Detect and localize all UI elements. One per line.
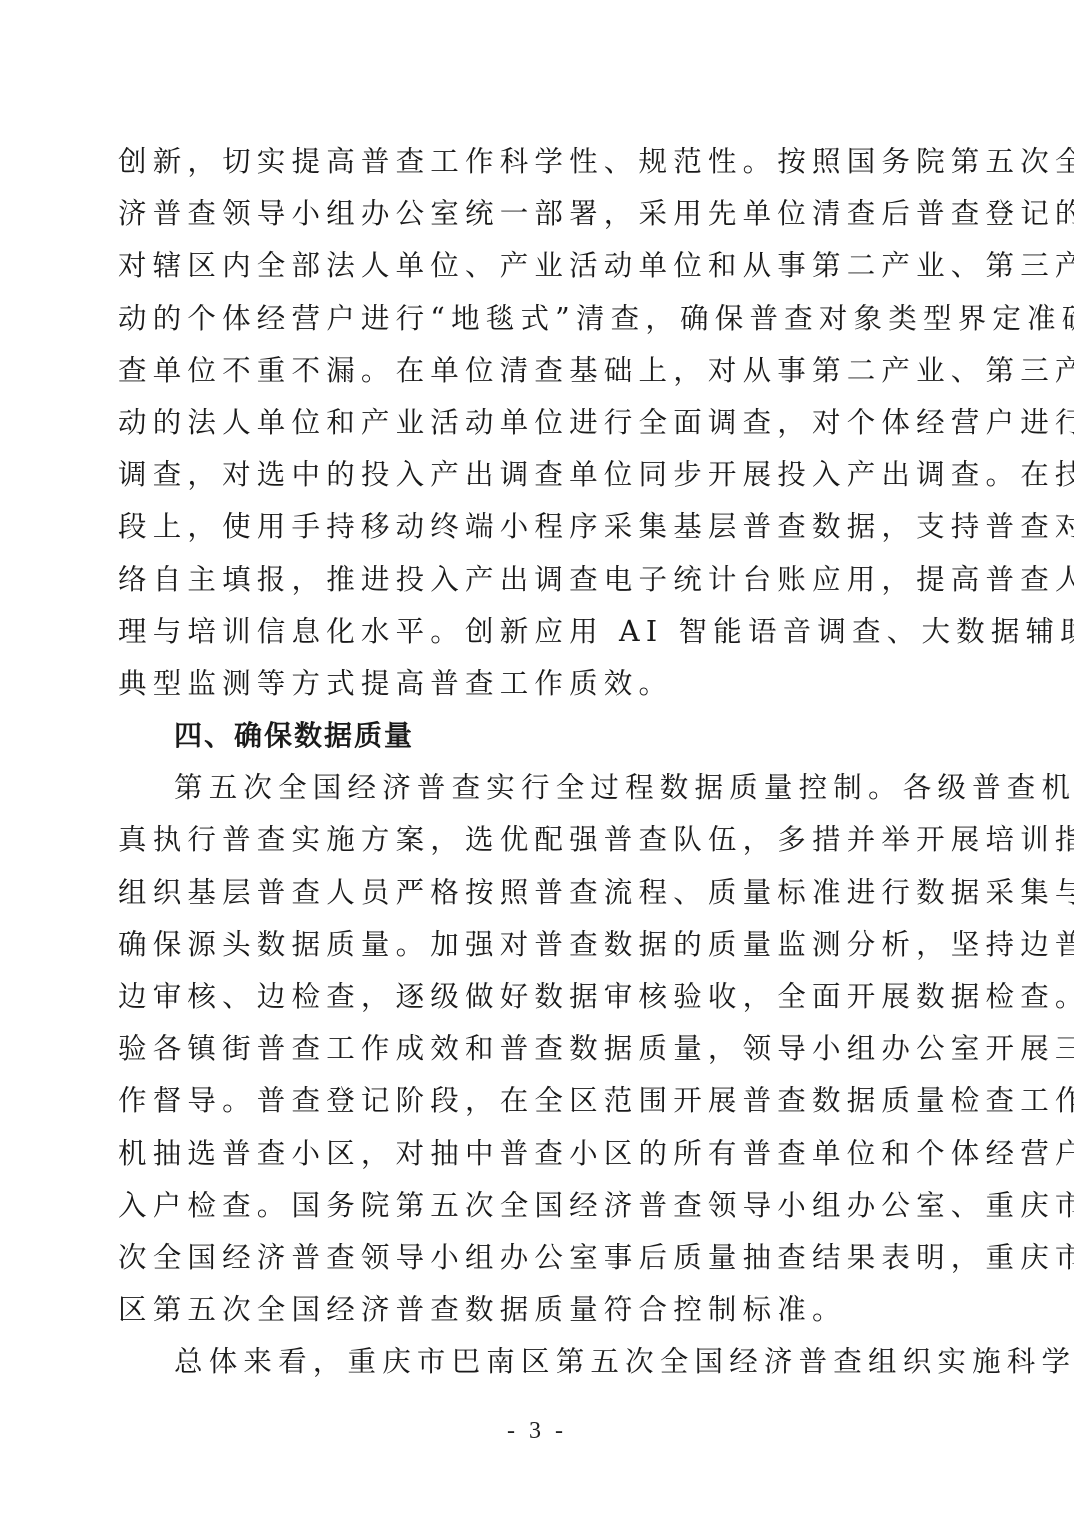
paragraph-line: 查单位不重不漏。在单位清查基础上，对从事第二产业、第三产业活 <box>118 345 960 397</box>
paragraph-first-line: 第五次全国经济普查实行全过程数据质量控制。各级普查机构认 <box>118 762 960 814</box>
paragraph-line: 作督导。普查登记阶段，在全区范围开展普查数据质量检查工作，随 <box>118 1075 960 1127</box>
paragraph-line: 机抽选普查小区，对抽中普查小区的所有普查单位和个体经营户进行 <box>118 1128 960 1180</box>
paragraph-line: 段上，使用手持移动终端小程序采集基层普查数据，支持普查对象网 <box>118 501 960 553</box>
paragraph-line: 验各镇街普查工作成效和普查数据质量，领导小组办公室开展三轮工 <box>118 1023 960 1075</box>
paragraph-line: 确保源头数据质量。加强对普查数据的质量监测分析，坚持边普查、 <box>118 919 960 971</box>
paragraph-first-line: 总体来看，重庆市巴南区第五次全国经济普查组织实施科学规范 <box>118 1336 960 1388</box>
paragraph-line: 边审核、边检查，逐级做好数据审核验收，全面开展数据检查。为检 <box>118 971 960 1023</box>
paragraph-line: 对辖区内全部法人单位、产业活动单位和从事第二产业、第三产业活 <box>118 240 960 292</box>
paragraph-line: 动的个体经营户进行“地毯式”清查，确保普查对象类型界定准确、普 <box>118 293 960 345</box>
paragraph-line: 次全国经济普查领导小组办公室事后质量抽查结果表明，重庆市巴南 <box>118 1232 960 1284</box>
paragraph-line: 理与培训信息化水平。创新应用 AI 智能语音调查、大数据辅助、开展 <box>118 606 960 658</box>
document-body: 创新，切实提高普查工作科学性、规范性。按照国务院第五次全国经 济普查领导小组办公… <box>118 136 960 1389</box>
section-heading: 四、确保数据质量 <box>118 710 960 762</box>
paragraph-line: 济普查领导小组办公室统一部署，采用先单位清查后普查登记的方式， <box>118 188 960 240</box>
page-number: - 3 - <box>0 1418 1074 1445</box>
paragraph-line: 真执行普查实施方案，选优配强普查队伍，多措并举开展培训指导， <box>118 814 960 866</box>
paragraph-line: 调查，对选中的投入产出调查单位同步开展投入产出调查。在技术手 <box>118 449 960 501</box>
paragraph-line: 区第五次全国经济普查数据质量符合控制标准。 <box>118 1284 960 1336</box>
paragraph-line: 络自主填报，推进投入产出调查电子统计台账应用，提高普查人员管 <box>118 554 960 606</box>
paragraph-line: 典型监测等方式提高普查工作质效。 <box>118 658 960 710</box>
paragraph-line: 入户检查。国务院第五次全国经济普查领导小组办公室、重庆市第五 <box>118 1180 960 1232</box>
paragraph-line: 创新，切实提高普查工作科学性、规范性。按照国务院第五次全国经 <box>118 136 960 188</box>
paragraph-line: 组织基层普查人员严格按照普查流程、质量标准进行数据采集与审核， <box>118 867 960 919</box>
paragraph-line: 动的法人单位和产业活动单位进行全面调查，对个体经营户进行抽样 <box>118 397 960 449</box>
